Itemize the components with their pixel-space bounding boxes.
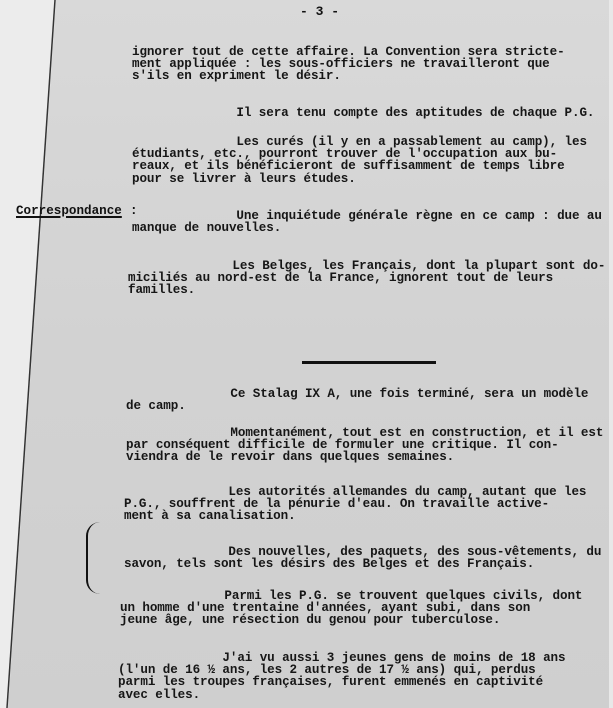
margin-bracket bbox=[86, 522, 102, 594]
paragraph-8: Des nouvelles, des paquets, des sous-vêt… bbox=[124, 546, 601, 570]
page-number: - 3 - bbox=[300, 4, 339, 19]
paragraph-7: Les autorités allemandes du camp, autant… bbox=[124, 486, 586, 523]
paragraph-2: Les curés (il y en a passablement au cam… bbox=[132, 136, 587, 185]
paragraph-9: Parmi les P.G. se trouvent quelques civi… bbox=[120, 590, 582, 627]
section-divider bbox=[302, 361, 436, 364]
paragraph-6: Momentanément, tout est en construction,… bbox=[126, 427, 603, 464]
paragraph-4: Les Belges, les Français, dont la plupar… bbox=[128, 260, 605, 297]
paragraph-10: J'ai vu aussi 3 jeunes gens de moins de … bbox=[118, 652, 565, 701]
paragraph-1: Il sera tenu compte des aptitudes de cha… bbox=[132, 107, 594, 119]
page-edge-right bbox=[609, 0, 613, 708]
paragraph-5: Ce Stalag IX A, une fois terminé, sera u… bbox=[126, 388, 588, 412]
side-heading: Correspondance bbox=[16, 204, 122, 218]
paragraph-0: ignorer tout de cette affaire. La Conven… bbox=[132, 46, 565, 83]
paragraph-3: Une inquiétude générale règne en ce camp… bbox=[132, 210, 602, 234]
